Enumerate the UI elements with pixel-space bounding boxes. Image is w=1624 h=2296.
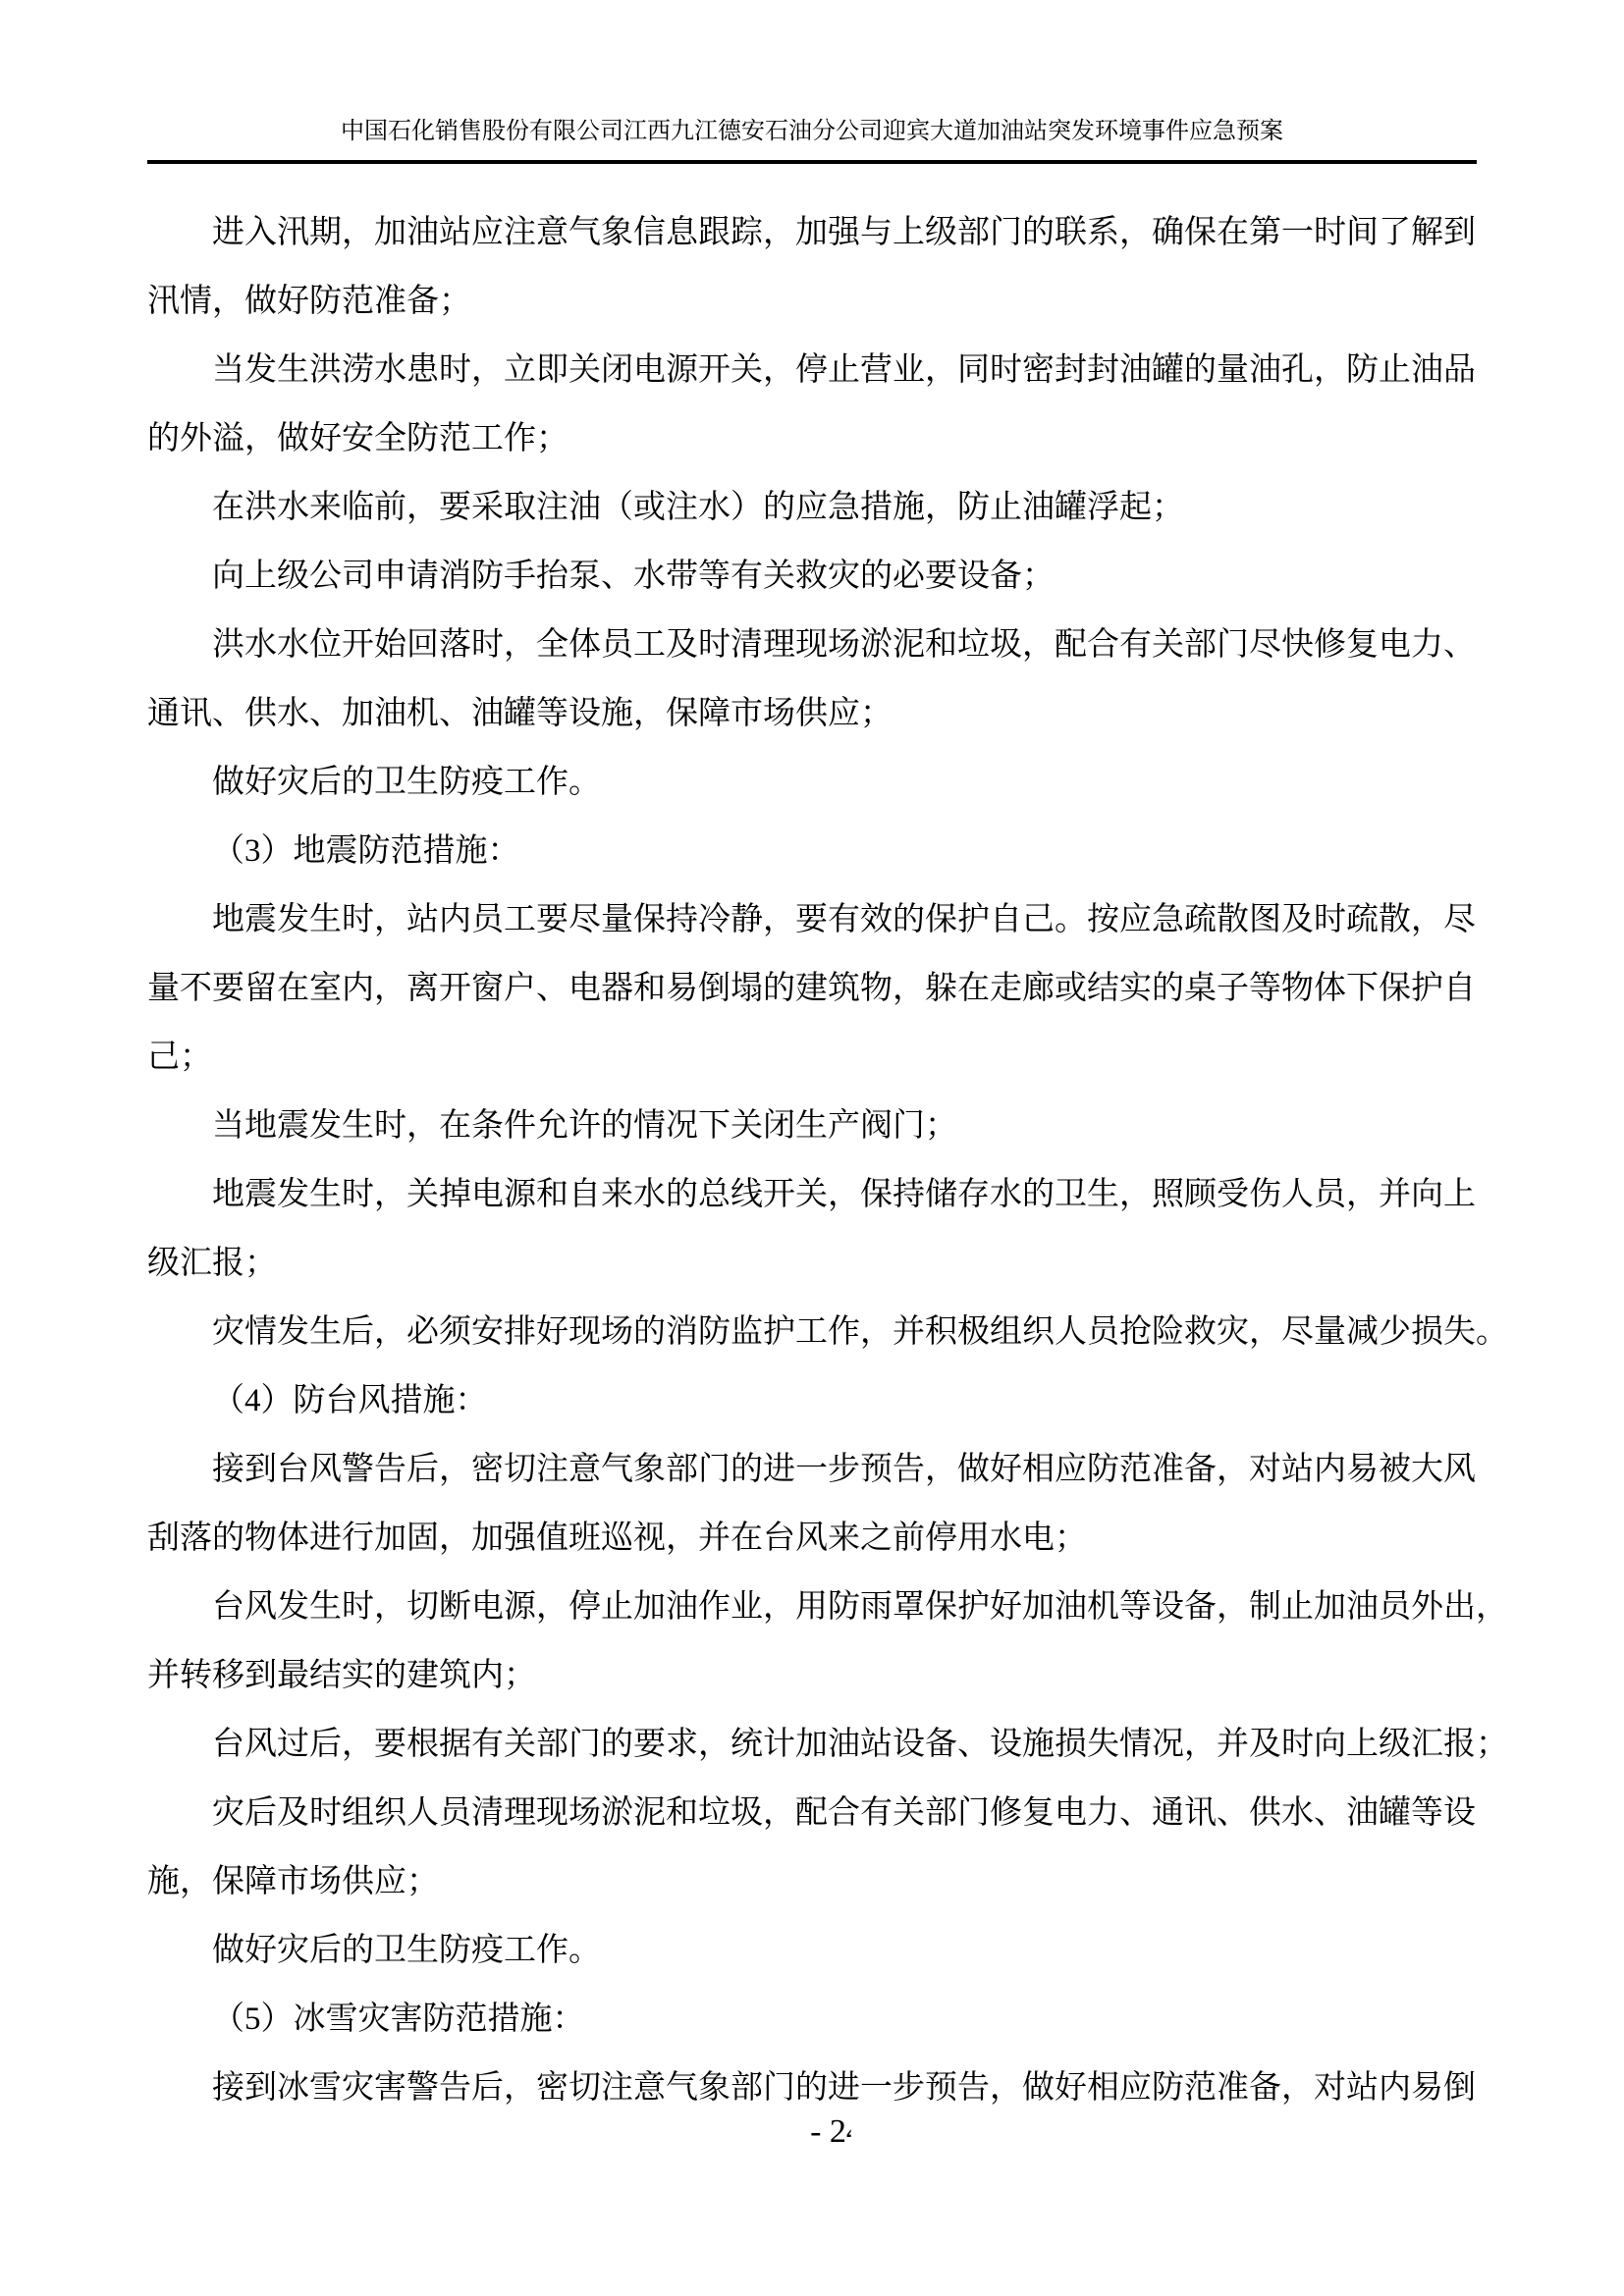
paragraph: 地震发生时，站内员工要尽量保持冷静，要有效的保护自己。按应急疏散图及时疏散，尽 … xyxy=(147,885,1502,1092)
page-header-title: 中国石化销售股份有限公司江西九江德安石油分公司迎宾大道加油站突发环境事件应急预案 xyxy=(0,116,1624,147)
paragraph: 台风过后，要根据有关部门的要求，统计加油站设备、设施损失情况，并及时向上级汇报； xyxy=(147,1710,1502,1779)
paragraph: 当地震发生时，在条件允许的情况下关闭生产阀门； xyxy=(147,1092,1502,1160)
paragraph: 在洪水来临前，要采取注油（或注水）的应急措施，防止油罐浮起； xyxy=(147,473,1502,542)
document-body: 进入汛期，加油站应注意气象信息跟踪，加强与上级部门的联系，确保在第一时间了解到 … xyxy=(147,198,1502,2122)
paragraph: 台风发生时，切断电源，停止加油作业，用防雨罩保护好加油机等设备，制止加油员外出，… xyxy=(147,1573,1502,1710)
page-number: - 2 xyxy=(810,2113,846,2150)
paragraph: 向上级公司申请消防手抬泵、水带等有关救灾的必要设备； xyxy=(147,542,1502,611)
header-rule xyxy=(147,160,1477,164)
paragraph: 接到台风警告后，密切注意气象部门的进一步预告，做好相应防范准备，对站内易被大风 … xyxy=(147,1435,1502,1573)
page-footer: - 24 xyxy=(0,2112,1624,2152)
section-heading: （4）防台风措施： xyxy=(147,1366,1502,1435)
section-heading: （5）冰雪灾害防范措施： xyxy=(147,1985,1502,2054)
paragraph: 当发生洪涝水患时，立即关闭电源开关，停止营业，同时密封封油罐的量油孔，防止油品 … xyxy=(147,336,1502,473)
paragraph: 地震发生时，关掉电源和自来水的总线开关，保持储存水的卫生，照顾受伤人员，并向上 … xyxy=(147,1160,1502,1298)
paragraph: 做好灾后的卫生防疫工作。 xyxy=(147,748,1502,817)
document-page: 中国石化销售股份有限公司江西九江德安石油分公司迎宾大道加油站突发环境事件应急预案… xyxy=(0,0,1624,2296)
paragraph: 做好灾后的卫生防疫工作。 xyxy=(147,1916,1502,1985)
paragraph: 灾后及时组织人员清理现场淤泥和垃圾，配合有关部门修复电力、通讯、供水、油罐等设 … xyxy=(147,1779,1502,1916)
page-number-clipped-char: 4 xyxy=(846,2113,863,2150)
paragraph: 进入汛期，加油站应注意气象信息跟踪，加强与上级部门的联系，确保在第一时间了解到 … xyxy=(147,198,1502,336)
paragraph: 洪水水位开始回落时，全体员工及时清理现场淤泥和垃圾，配合有关部门尽快修复电力、 … xyxy=(147,611,1502,748)
section-heading: （3）地震防范措施： xyxy=(147,817,1502,885)
paragraph: 灾情发生后，必须安排好现场的消防监护工作，并积极组织人员抢险救灾，尽量减少损失。 xyxy=(147,1298,1502,1366)
